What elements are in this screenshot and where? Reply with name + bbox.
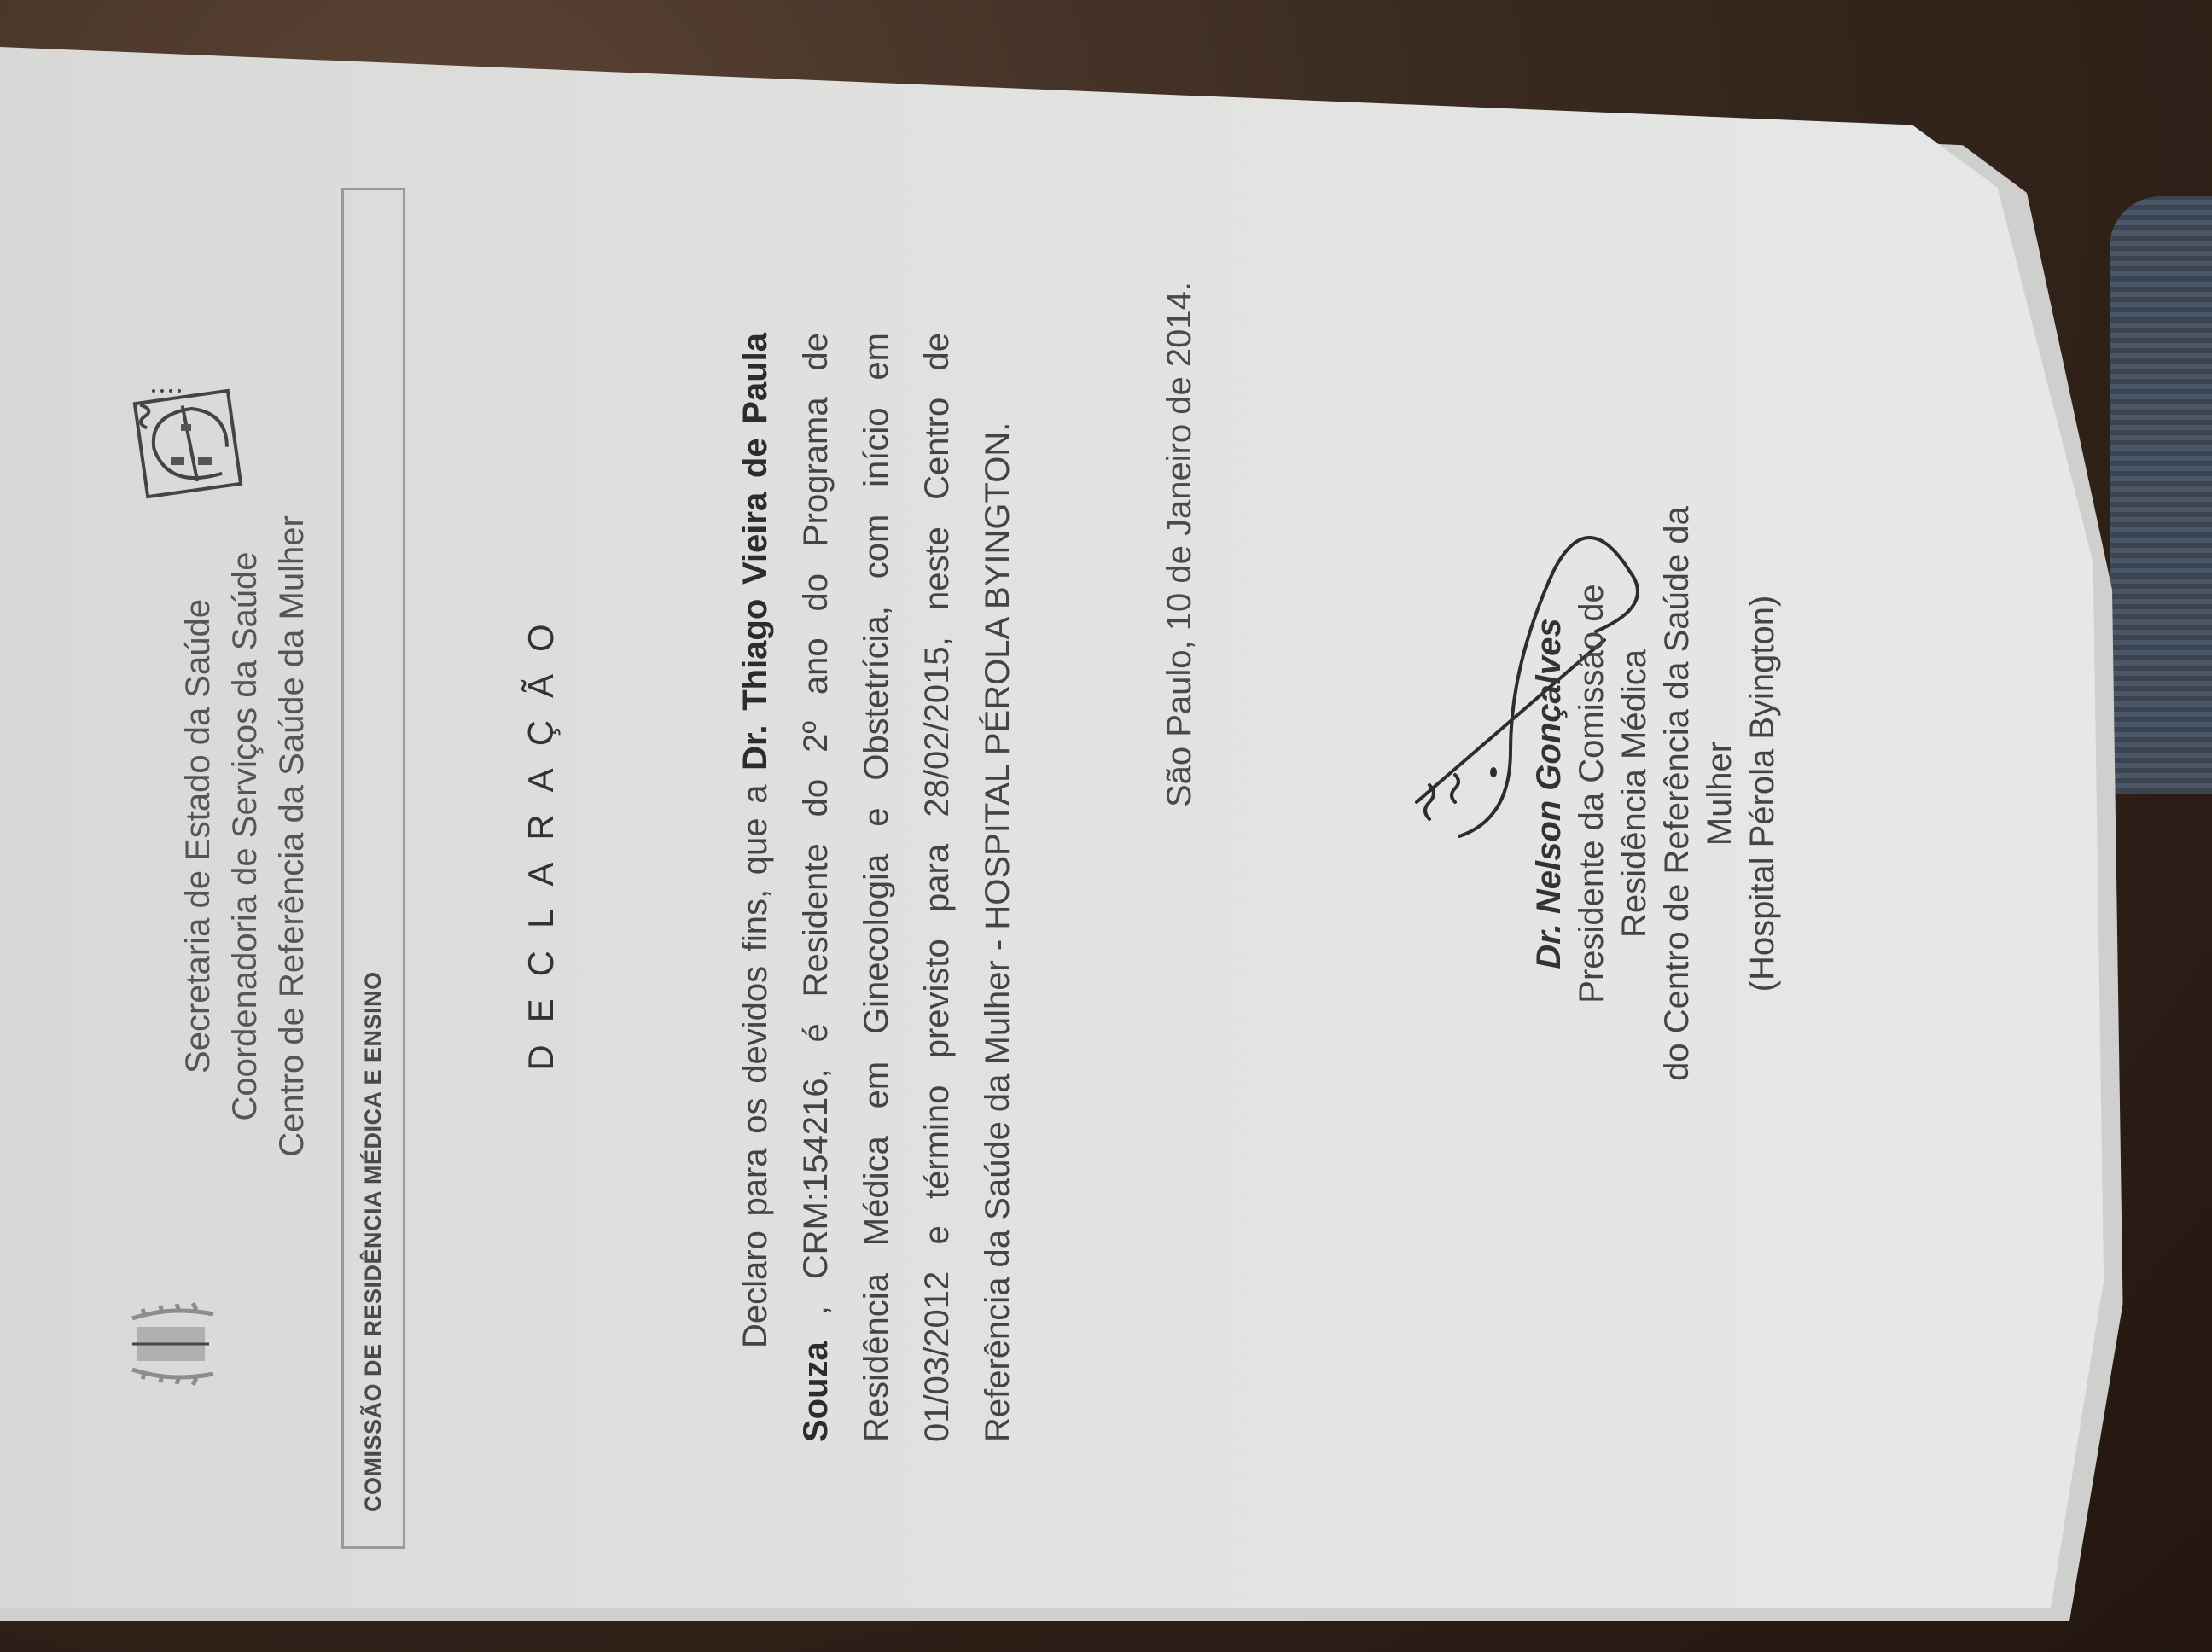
institution-header: Secretaria de Estado da Saúde Coordenado…	[175, 495, 316, 1178]
body-intro: Declaro para os devidos fins, que a	[736, 771, 774, 1348]
coat-of-arms-icon	[119, 1301, 222, 1387]
declaration-body: Declaro para os devidos fins, que a Dr. …	[725, 333, 1028, 1442]
header-line-3: Centro de Referência da Saúde da Mulher	[269, 495, 316, 1178]
date-location: São Paulo, 10 de Janeiro de 2014.	[1161, 282, 1199, 836]
signer-name: Dr. Nelson Gonçalves	[1528, 495, 1570, 1092]
signer-role-line-1: Presidente da Comissão de Residência Méd…	[1570, 495, 1656, 1092]
header-line-1: Secretaria de Estado da Saúde	[175, 495, 222, 1178]
signer-role-line-2: do Centro de Referência da Saúde da Mulh…	[1656, 495, 1741, 1092]
document-title: DECLARAÇÃO	[521, 495, 562, 1178]
body-details: , CRM:154216, é Residente do 2º ano do P…	[797, 333, 1016, 1442]
commission-banner: COMISSÃO DE RESIDÊNCIA MÉDICA E ENSINO	[341, 188, 405, 1549]
declaration-document: Secretaria de Estado da Saúde Coordenado…	[0, 47, 2125, 1604]
header-line-2: Coordenadoria de Serviços da Saúde	[222, 495, 269, 1178]
commission-label: COMISSÃO DE RESIDÊNCIA MÉDICA E ENSINO	[360, 971, 387, 1512]
signature-block: Dr. Nelson Gonçalves Presidente da Comis…	[1528, 495, 1784, 1092]
signer-role-line-3: (Hospital Pérola Byington)	[1741, 495, 1784, 1092]
fabric-background	[2110, 196, 2212, 794]
face-logo-icon	[128, 384, 247, 503]
